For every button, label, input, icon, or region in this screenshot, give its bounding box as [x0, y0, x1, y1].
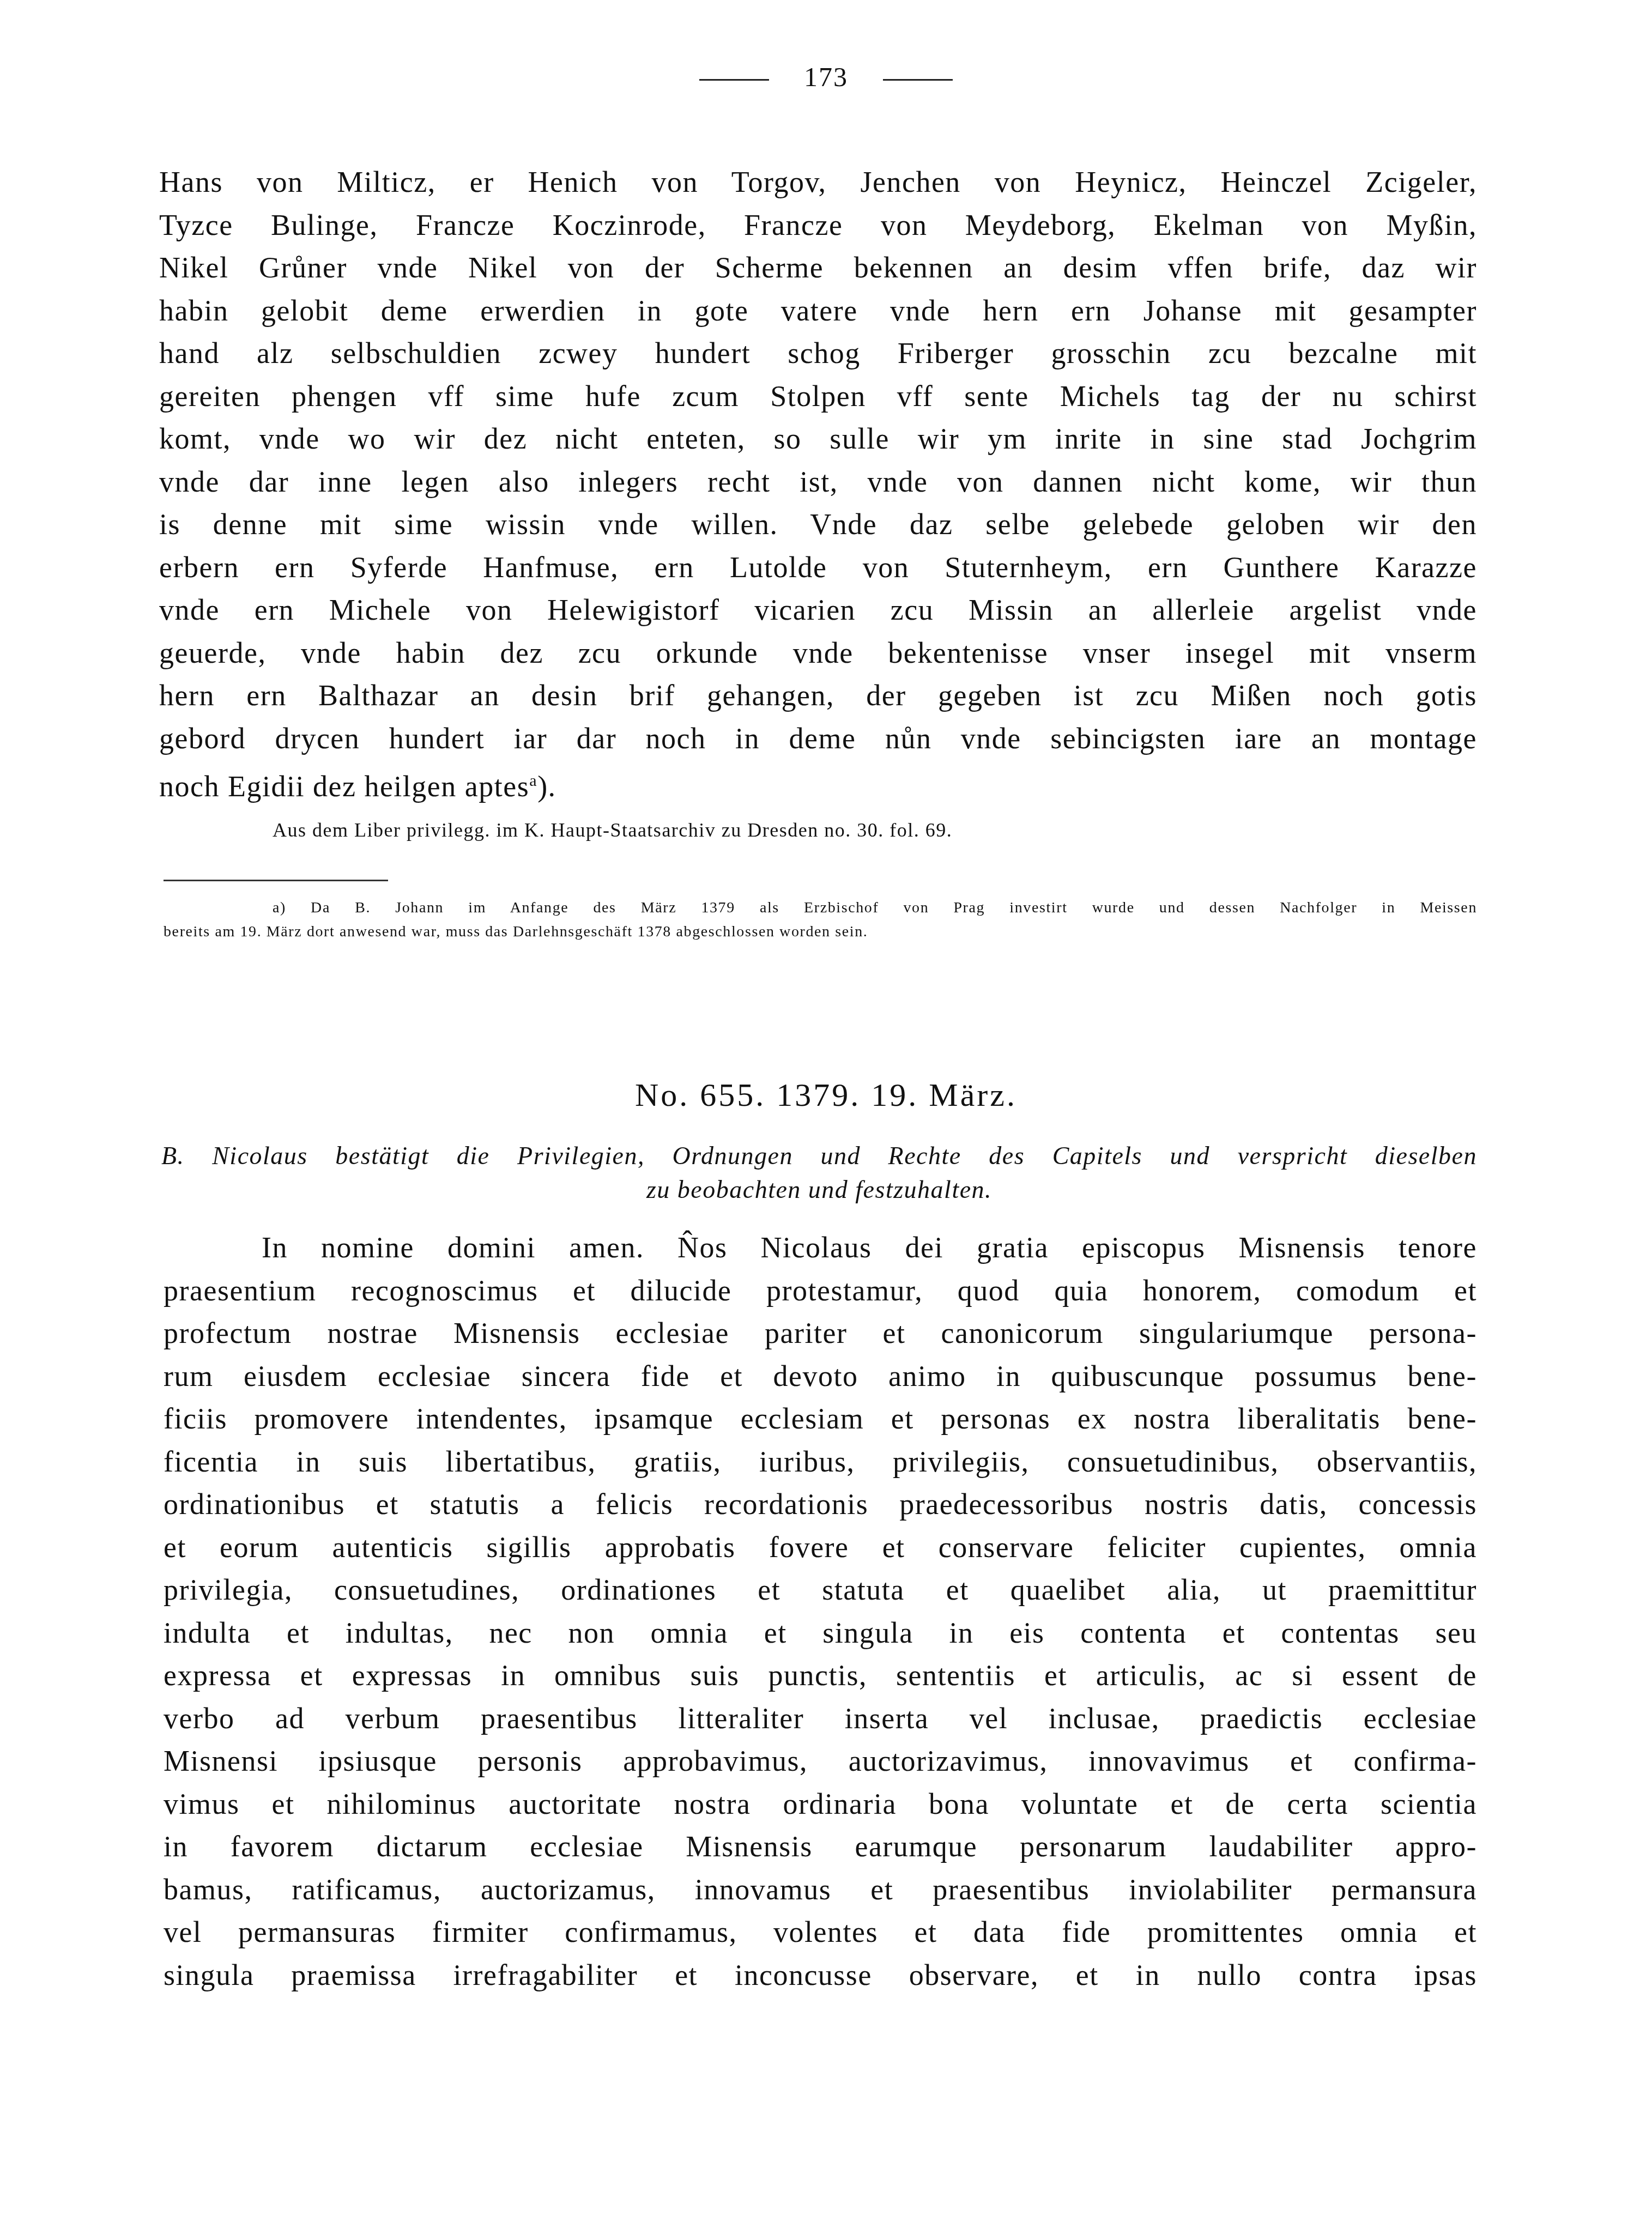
text-line: gebord drycen hundert iar dar noch in de… — [159, 717, 1477, 760]
text-line: Tyzce Bulinge, Francze Koczinrode, Franc… — [159, 204, 1477, 247]
german-charter-text: Hans von Milticz, er Henich von Torgov, … — [159, 161, 1477, 803]
text-line: In nomine domini amen. N̂os Nicolaus dei… — [164, 1226, 1477, 1269]
text-fragment: ). — [537, 770, 556, 803]
text-line: rum eiusdem ecclesiae sincera fide et de… — [164, 1355, 1477, 1398]
footnote-marker: a — [529, 772, 537, 790]
page-number-right-rule — [883, 79, 953, 81]
text-line-last: noch Egidii dez heilgen aptesa). — [159, 760, 1477, 803]
text-line: habin gelobit deme erwerdien in gote vat… — [159, 289, 1477, 332]
text-line: vimus et nihilominus auctoritate nostra … — [164, 1783, 1477, 1826]
text-line: ficiis promovere intendentes, ipsamque e… — [164, 1397, 1477, 1440]
text-line: gereiten phengen vff sime hufe zcum Stol… — [159, 375, 1477, 418]
footnote-line: a) Da B. Johann im Anfange des März 1379… — [164, 896, 1477, 920]
page-number-left-rule — [699, 79, 769, 81]
text-line: vnde dar inne legen also inlegers recht … — [159, 461, 1477, 504]
footnote-line: bereits am 19. März dort anwesend war, m… — [164, 920, 1477, 944]
archival-source-note: Aus dem Liber privilegg. im K. Haupt-Sta… — [273, 819, 952, 841]
text-line: vnde ern Michele von Helewigistorf vicar… — [159, 589, 1477, 632]
text-line: indulta et indultas, nec non omnia et si… — [164, 1612, 1477, 1655]
page-number: 173 — [804, 62, 848, 92]
footnote-separator — [164, 880, 388, 881]
document-heading: No. 655. 1379. 19. März. — [0, 1076, 1652, 1114]
summary-line: zu beobachten und festzuhalten. — [161, 1173, 1477, 1207]
footnote: a) Da B. Johann im Anfange des März 1379… — [164, 896, 1477, 944]
latin-charter-text: In nomine domini amen. N̂os Nicolaus dei… — [164, 1226, 1477, 1996]
text-line: in favorem dictarum ecclesiae Misnensis … — [164, 1825, 1477, 1868]
text-line: et eorum autenticis sigillis approbatis … — [164, 1526, 1477, 1569]
text-line: Misnensi ipsiusque personis approbavimus… — [164, 1740, 1477, 1783]
document-summary: B. Nicolaus bestätigt die Privilegien, O… — [161, 1139, 1477, 1207]
text-line: vel permansuras firmiter confirmamus, vo… — [164, 1911, 1477, 1954]
text-line: privilegia, consuetudines, ordinationes … — [164, 1569, 1477, 1612]
text-line: is denne mit sime wissin vnde willen. Vn… — [159, 503, 1477, 546]
text-line: hand alz selbschuldien zcwey hundert sch… — [159, 332, 1477, 375]
text-line: Nikel Grůner vnde Nikel von der Scherme … — [159, 246, 1477, 289]
text-line: ordinationibus et statutis a felicis rec… — [164, 1483, 1477, 1526]
summary-line: B. Nicolaus bestätigt die Privilegien, O… — [161, 1139, 1477, 1173]
text-line: expressa et expressas in omnibus suis pu… — [164, 1654, 1477, 1697]
text-line: Hans von Milticz, er Henich von Torgov, … — [159, 161, 1477, 204]
text-line: geuerde, vnde habin dez zcu orkunde vnde… — [159, 632, 1477, 675]
text-line: komt, vnde wo wir dez nicht enteten, so … — [159, 417, 1477, 461]
document-page: 173 Hans von Milticz, er Henich von Torg… — [0, 0, 1652, 2216]
text-line: ficentia in suis libertatibus, gratiis, … — [164, 1440, 1477, 1484]
text-line: praesentium recognoscimus et dilucide pr… — [164, 1269, 1477, 1312]
text-fragment: noch Egidii dez heilgen aptes — [159, 770, 529, 803]
text-line: bamus, ratificamus, auctorizamus, innova… — [164, 1868, 1477, 1911]
text-line: singula praemissa irrefragabiliter et in… — [164, 1954, 1477, 1997]
text-line: profectum nostrae Misnensis ecclesiae pa… — [164, 1312, 1477, 1355]
text-line: hern ern Balthazar an desin brif gehange… — [159, 674, 1477, 717]
text-line: verbo ad verbum praesentibus litteralite… — [164, 1697, 1477, 1740]
text-line: erbern ern Syferde Hanfmuse, ern Lutolde… — [159, 546, 1477, 589]
page-number-header: 173 — [0, 61, 1652, 93]
